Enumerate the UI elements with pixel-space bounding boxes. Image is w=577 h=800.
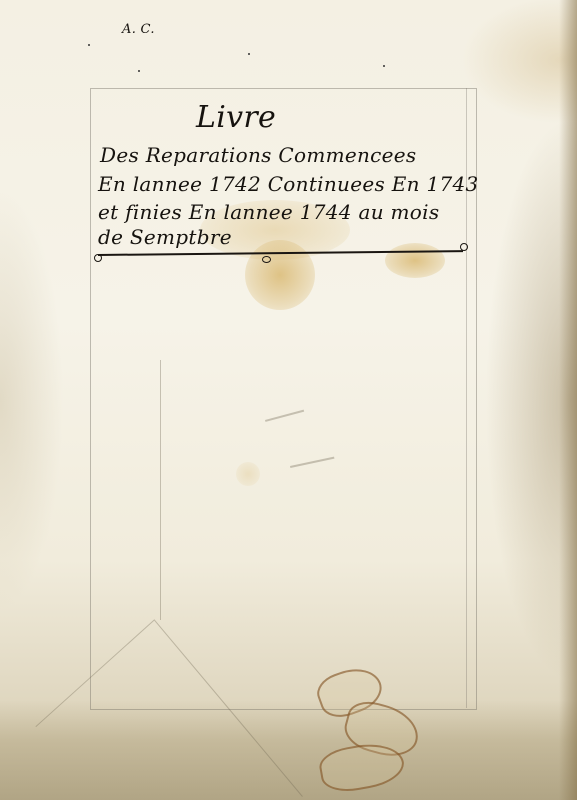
text-line-1: Des Reparations Commencees	[100, 143, 417, 167]
corner-mark: A. C.	[122, 22, 155, 37]
fold-crease	[160, 360, 161, 620]
paper-edge-shadow	[559, 0, 577, 800]
tea-stain	[385, 243, 445, 278]
small-stain	[236, 462, 260, 486]
flourish-end	[460, 243, 468, 251]
text-line-3: et finies En lannee 1744 au mois	[98, 200, 439, 224]
flourish-end	[94, 254, 102, 262]
ink-speck	[383, 65, 385, 67]
ink-speck	[248, 53, 250, 55]
paper-discoloration	[0, 700, 577, 800]
manuscript-page: A. C. Livre Des Reparations Commencees E…	[0, 0, 577, 800]
document-title: Livre	[196, 100, 276, 135]
text-line-2: En lannee 1742 Continuees En 1743	[98, 172, 479, 196]
ink-speck	[138, 70, 140, 72]
flourish-loop	[262, 256, 271, 263]
ink-speck	[88, 44, 90, 46]
text-line-4: de Semptbre	[98, 225, 232, 249]
